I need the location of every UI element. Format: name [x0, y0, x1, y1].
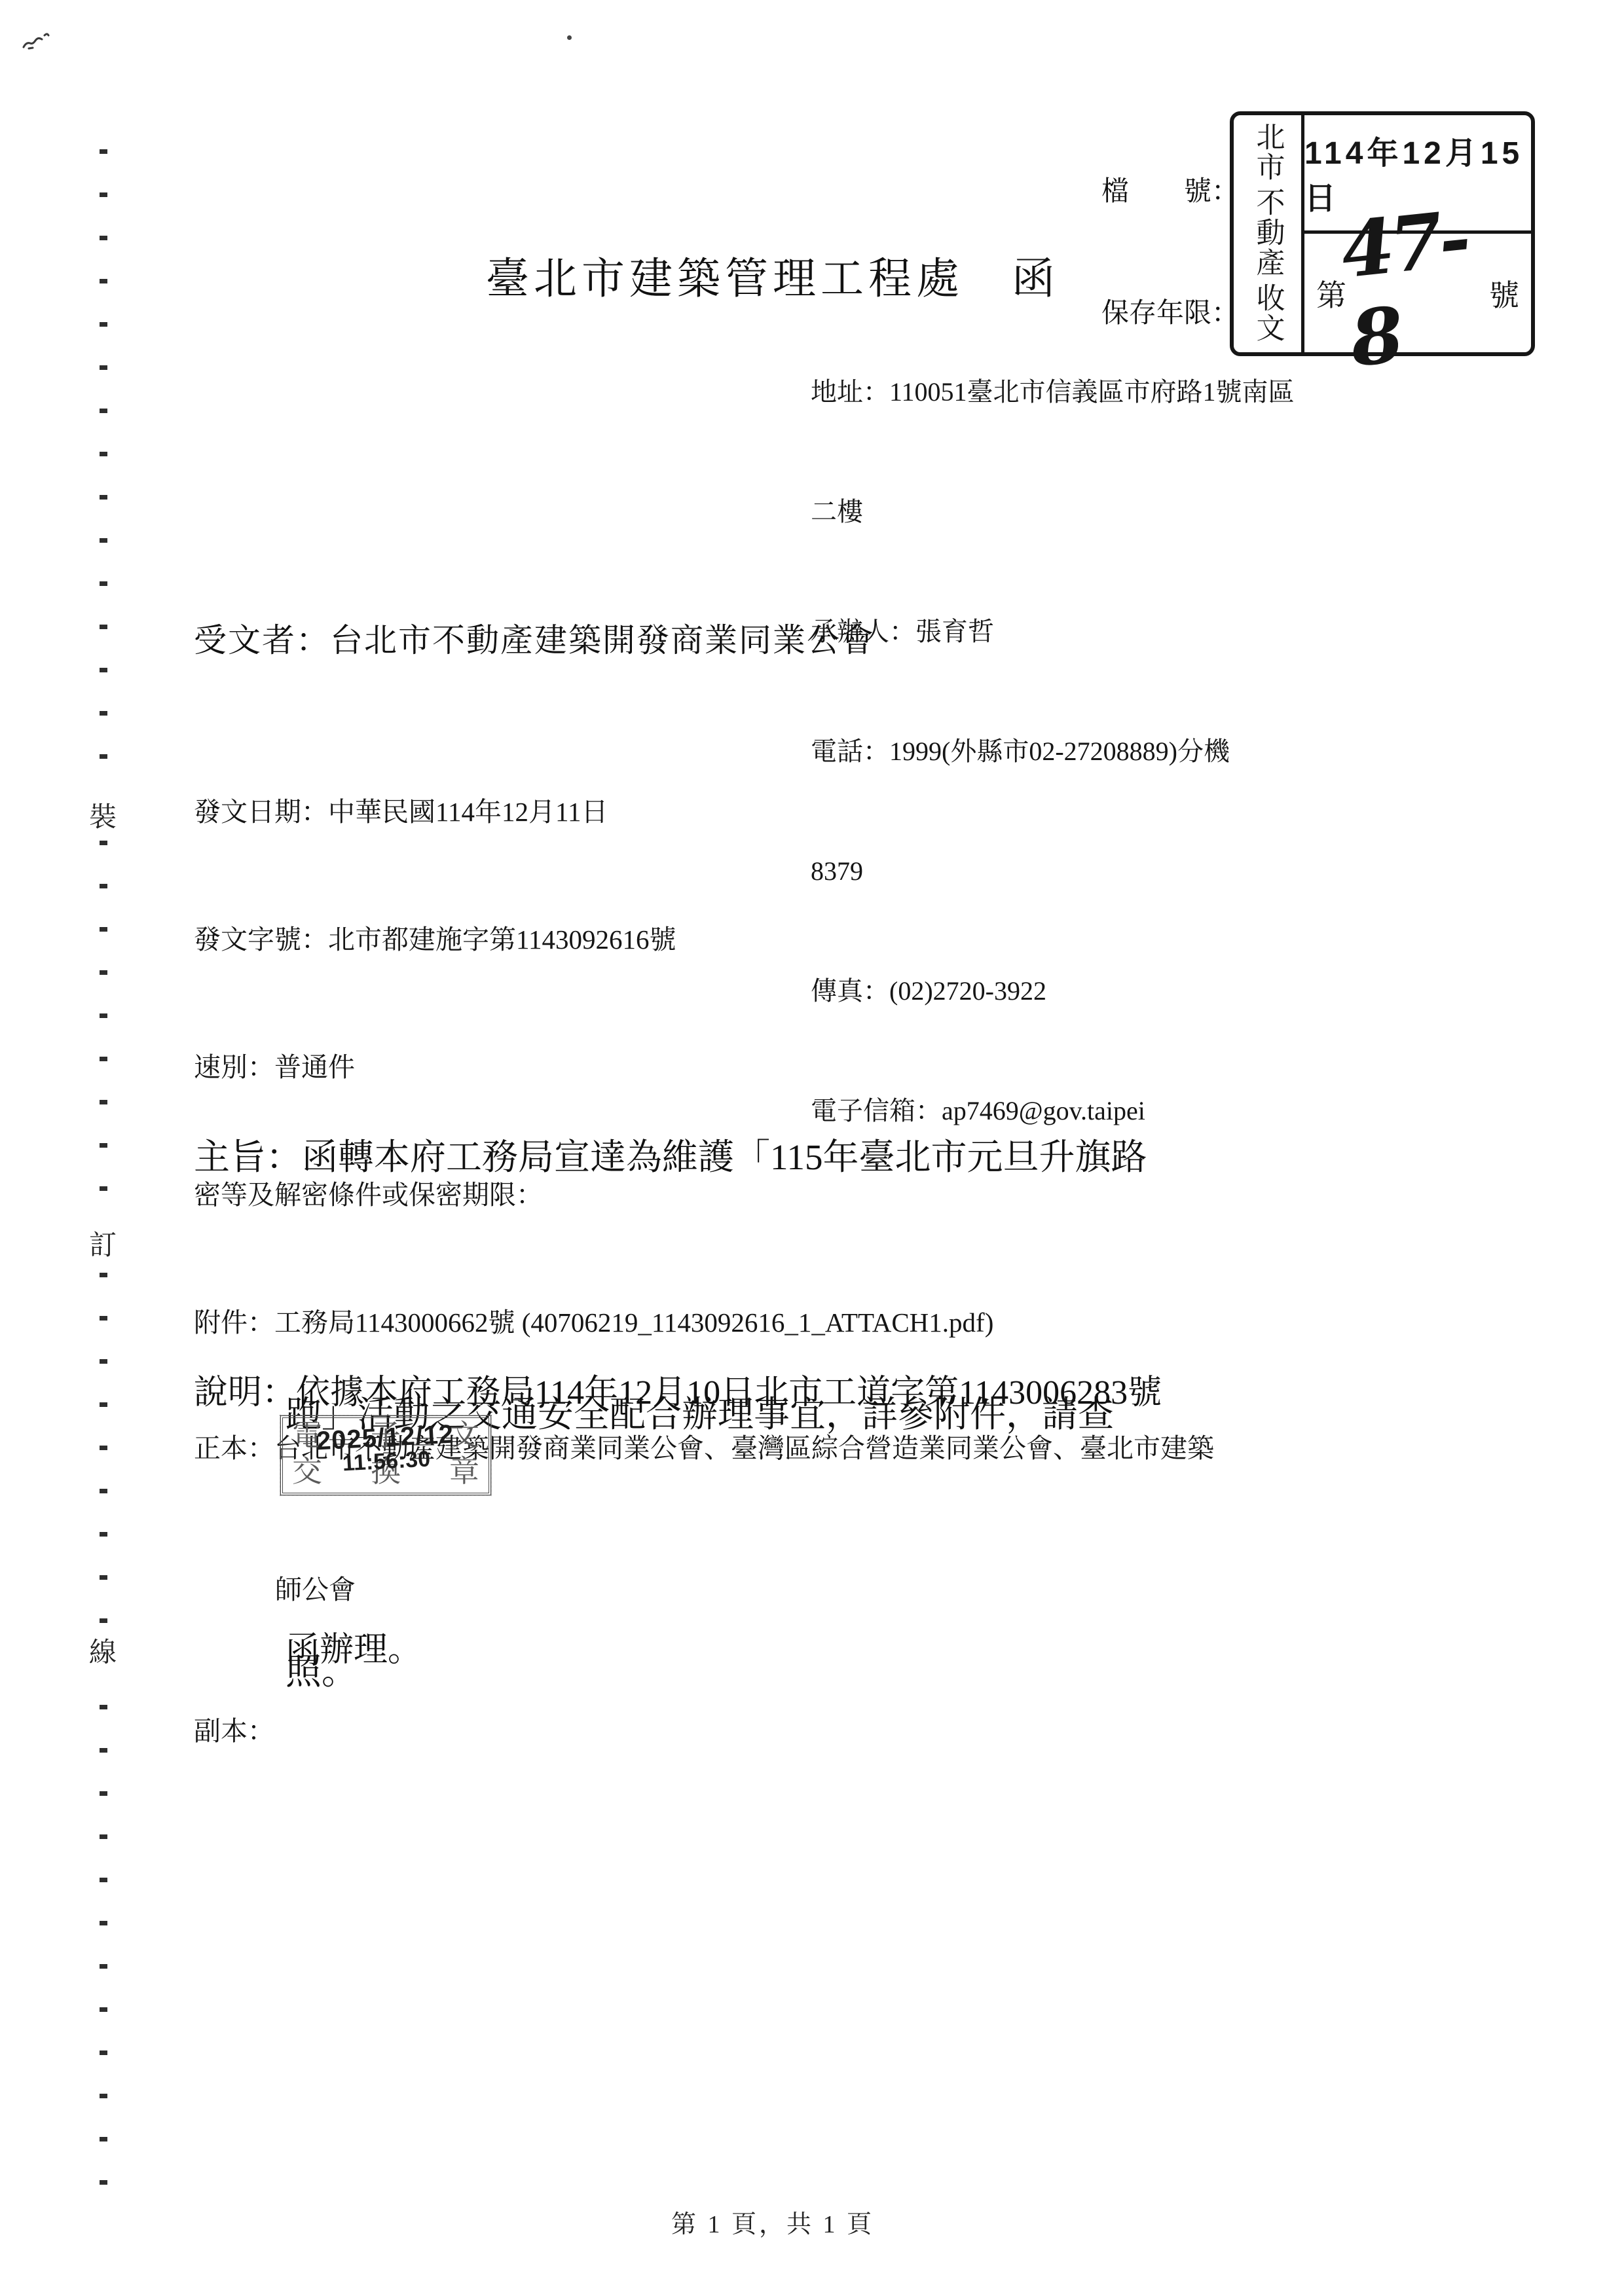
sender-contact-person: 承辦人：張育哲 [811, 611, 1295, 651]
binding-mark-zhuang: 裝 [89, 797, 117, 838]
page-number-footer: 第 1 頁，共 1 頁 [0, 2204, 1545, 2240]
exchange-stamp-datetime: 2025/12/12 11:56:30 [282, 1418, 490, 1480]
receipt-number-handwritten: 47-8 [1337, 192, 1498, 384]
binding-mark-ding: 訂 [89, 1226, 117, 1266]
binding-mark-xian: 線 [89, 1633, 117, 1673]
original-recipients-line2: 師公會 [275, 1566, 1214, 1613]
cc-row: 副本： [194, 1707, 1214, 1755]
issue-date-line: 發文日期：中華民國114年12月11日 [194, 791, 993, 833]
cc-label: 副本： [194, 1707, 274, 1755]
copies-block: 正本：台北市不動產建築開發商業同業公會、臺灣區綜合營造業同業公會、臺北市建築 師… [194, 1330, 1214, 1849]
original-label: 正本： [194, 1433, 274, 1463]
receipt-number-prefix: 第 [1316, 272, 1346, 315]
sender-address-line2: 二樓 [811, 492, 1295, 532]
receipt-number-suffix: 號 [1489, 272, 1519, 315]
receipt-org-city: 北市 [1253, 122, 1282, 182]
recipient-line: 受文者：台北市不動產建築開發商業同業公會 [194, 614, 875, 661]
archive-number-label: 檔 號： [1101, 172, 1239, 212]
receipt-stamp-number: 第 47-8 號 [1304, 234, 1531, 352]
subject-label: 主旨： [194, 1137, 302, 1177]
scan-speck [567, 35, 572, 40]
binding-dotted-line [100, 149, 107, 2221]
pen-scribble-mark [20, 26, 59, 56]
sender-address-line1: 地址：110051臺北市信義區市府路1號南區 [811, 372, 1295, 412]
scanned-document-page: 裝 訂 線 檔 號： 保存年限： 北市 不動產 收文 114年12月15日 第 … [0, 0, 1624, 2296]
receipt-org-dept: 不動產 [1253, 187, 1282, 278]
electronic-exchange-stamp: 電 子 文 交 換 章 2025/12/12 11:56:30 [280, 1415, 491, 1495]
